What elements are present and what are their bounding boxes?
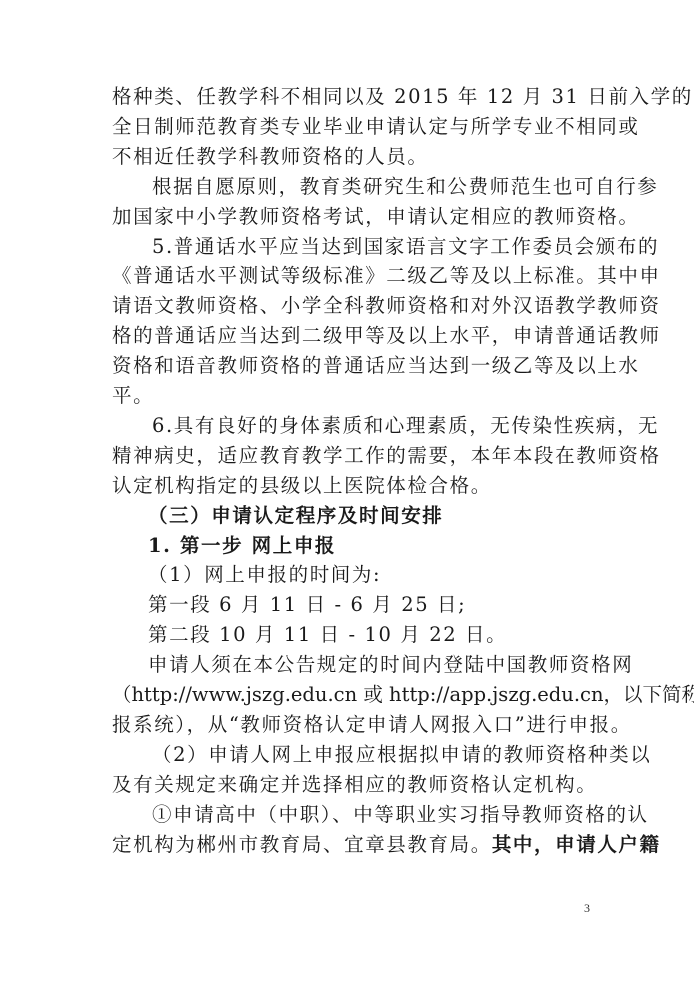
- paragraph-start-line: 申请人须在本公告规定的时间内登陆中国教师资格网: [148, 650, 594, 680]
- text-line: 加国家中小学教师资格考试，申请认定相应的教师资格。: [112, 202, 594, 232]
- text-line: 全日制师范教育类专业毕业申请认定与所学专业不相同或: [112, 112, 594, 142]
- text-line: 精神病史，适应教育教学工作的需要，本年本段在教师资格: [112, 441, 594, 471]
- text-line: 及有关规定来确定并选择相应的教师资格认定机构。: [112, 770, 594, 800]
- paragraph-start-line: ①申请高中（中职）、中等职业实习指导教师资格的认: [152, 800, 594, 830]
- text-line: 资格和语音教师资格的普通话应当达到一级乙等及以上水: [112, 351, 594, 381]
- document-page: 格种类、任教学科不相同以及 2015 年 12 月 31 日前入学的 全日制师范…: [0, 0, 694, 983]
- text-line: 认定机构指定的县级以上医院体检合格。: [112, 471, 594, 501]
- paragraph-start-line: 5.普通话水平应当达到国家语言文字工作委员会颁布的: [152, 232, 594, 262]
- text-line: 格种类、任教学科不相同以及 2015 年 12 月 31 日前入学的: [112, 82, 594, 112]
- mixed-weight-line: 定机构为郴州市教育局、宜章县教育局。其中，申请人户籍: [112, 830, 594, 860]
- url-line: （http://www.jszg.edu.cn 或 http://app.jsz…: [112, 680, 594, 710]
- text-bold: 其中，申请人户籍: [492, 833, 661, 856]
- paragraph-start-line: 根据自愿原则，教育类研究生和公费师范生也可自行参: [152, 172, 594, 202]
- text-line: （1）网上申报的时间为:: [148, 560, 630, 590]
- paragraph-start-line: （2）申请人网上申报应根据拟申请的教师资格种类以: [152, 740, 594, 770]
- text-line: 请语文教师资格、小学全科教师资格和对外汉语教学教师资: [112, 291, 594, 321]
- date-range-line: 第一段 6 月 11 日 - 6 月 25 日;: [148, 590, 630, 620]
- text-normal: 定机构为郴州市教育局、宜章县教育局。: [112, 833, 492, 856]
- paragraph-start-line: 6.具有良好的身体素质和心理素质，无传染性疾病，无: [152, 411, 594, 441]
- text-line: 不相近任教学科教师资格的人员。: [112, 142, 594, 172]
- subsection-heading: 1. 第一步 网上申报: [148, 531, 630, 561]
- text-line: 平。: [112, 381, 594, 411]
- text-line: 格的普通话应当达到二级甲等及以上水平，申请普通话教师: [112, 321, 594, 351]
- section-heading: （三）申请认定程序及时间安排: [148, 501, 630, 531]
- text-line: 《普通话水平测试等级标准》二级乙等及以上标准。其中申: [112, 261, 594, 291]
- page-number: 3: [584, 901, 590, 916]
- text-line: 报系统），从“教师资格认定申请人网报入口”进行申报。: [112, 710, 594, 740]
- date-range-line: 第二段 10 月 11 日 - 10 月 22 日。: [148, 620, 630, 650]
